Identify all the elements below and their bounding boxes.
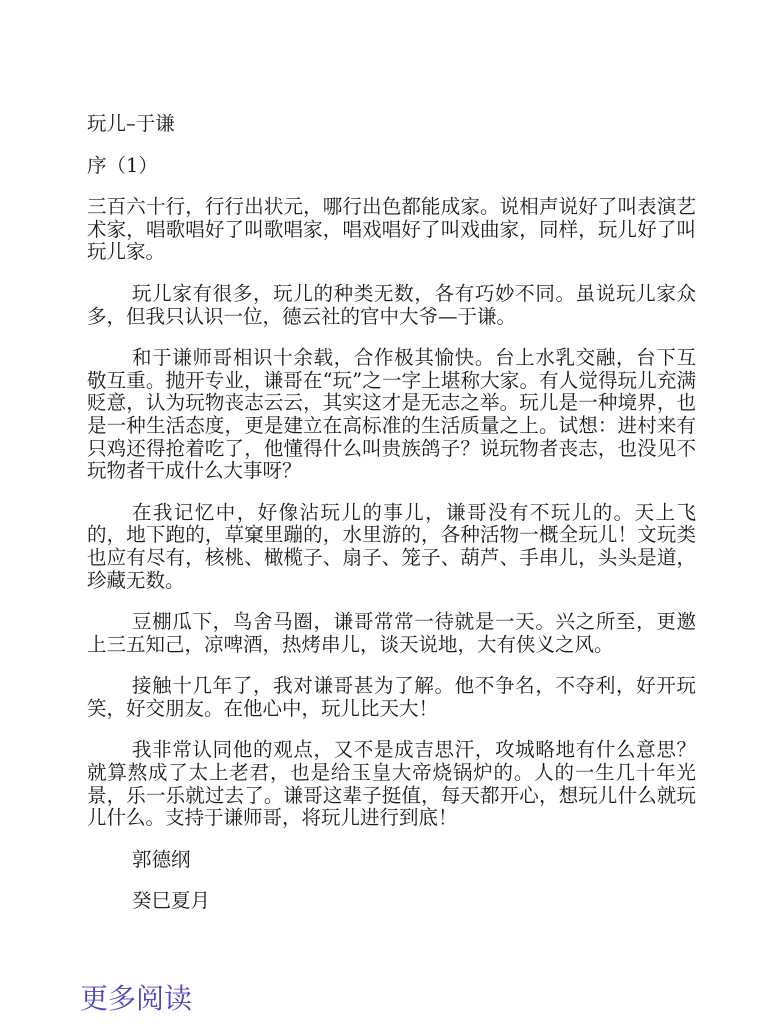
document-title: 玩儿–于谦 — [87, 113, 696, 136]
paragraph: 豆棚瓜下，鸟舍马圈，谦哥常常一待就是一天。兴之所至，更邀上三五知己，凉啤酒，热烤… — [87, 611, 696, 656]
paragraph: 三百六十行，行行出状元，哪行出色都能成家。说相声说好了叫表演艺术家，唱歌唱好了叫… — [87, 196, 696, 264]
signature-name: 郭德纲 — [87, 849, 696, 872]
signature-date: 癸巳夏月 — [87, 890, 696, 913]
paragraph: 我非常认同他的观点，又不是成吉思汗，攻城略地有什么意思？就算熬成了太上老君，也是… — [87, 739, 696, 829]
document-content: 玩儿–于谦 序（1） 三百六十行，行行出状元，哪行出色都能成家。说相声说好了叫表… — [87, 113, 696, 932]
paragraph: 和于谦师哥相识十余载，合作极其愉快。台上水乳交融，台下互敬互重。抛开专业，谦哥在… — [87, 347, 696, 483]
paragraph: 在我记忆中，好像沾玩儿的事儿，谦哥没有不玩儿的。天上飞的，地下跑的，草窠里蹦的，… — [87, 502, 696, 592]
more-reading-link[interactable]: 更多阅读 — [80, 984, 192, 1014]
section-heading: 序（1） — [87, 155, 696, 178]
paragraph: 玩儿家有很多，玩儿的种类无数，各有巧妙不同。虽说玩儿家众多，但我只认识一位，德云… — [87, 283, 696, 328]
document-page: 玩儿–于谦 序（1） 三百六十行，行行出状元，哪行出色都能成家。说相声说好了叫表… — [0, 0, 768, 1024]
paragraph: 接触十几年了，我对谦哥甚为了解。他不争名，不夺利，好开玩笑，好交朋友。在他心中，… — [87, 675, 696, 720]
